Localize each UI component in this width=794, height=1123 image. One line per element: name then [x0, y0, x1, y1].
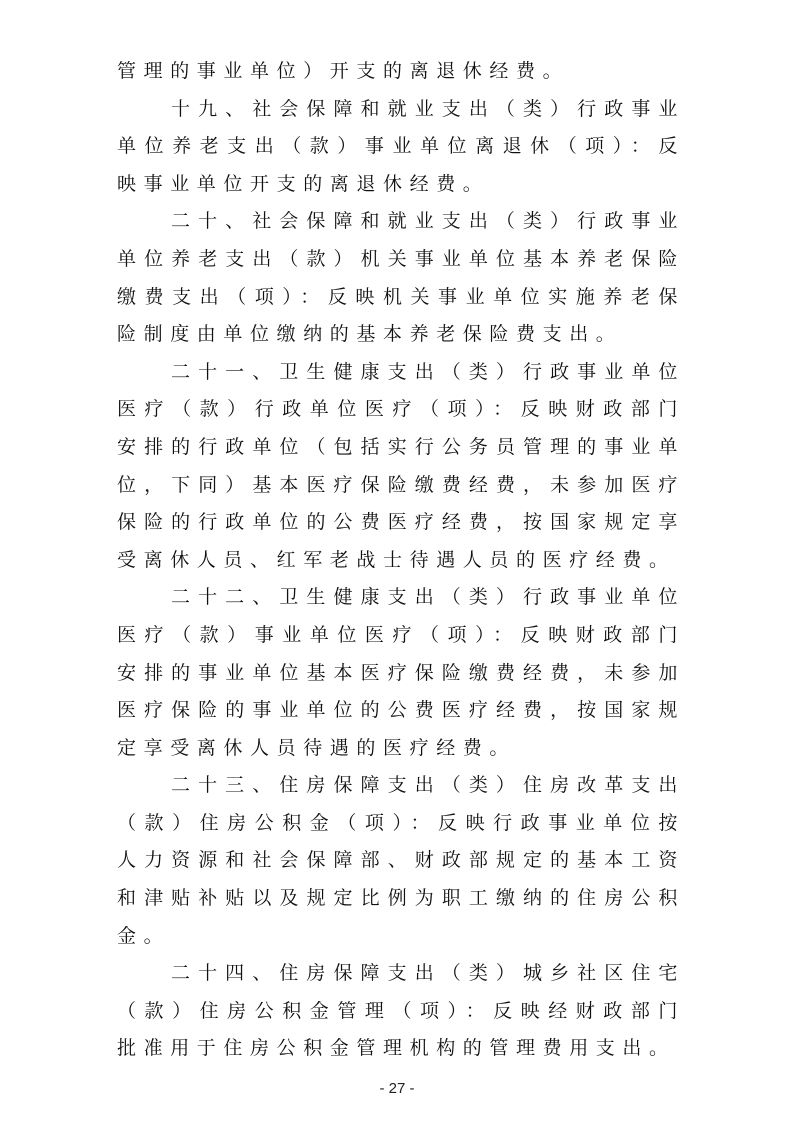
document-body: 管理的事业单位）开支的离退休经费。 十九、社会保障和就业支出（类）行政事业单位养…	[117, 53, 685, 1068]
paragraph-22-institution-medical: 二十二、卫生健康支出（类）行政事业单位医疗（款）事业单位医疗（项）：反映财政部门…	[117, 579, 685, 767]
paragraph-24-housing-fund-management: 二十四、住房保障支出（类）城乡社区住宅（款）住房公积金管理（项）：反映经财政部门…	[117, 955, 685, 1068]
paragraph-20-pension-insurance: 二十、社会保障和就业支出（类）行政事业单位养老支出（款）机关事业单位基本养老保险…	[117, 203, 685, 353]
paragraph-21-admin-medical: 二十一、卫生健康支出（类）行政事业单位医疗（款）行政单位医疗（项）：反映财政部门…	[117, 354, 685, 580]
page-number: - 27 -	[0, 1080, 794, 1097]
paragraph-continuation: 管理的事业单位）开支的离退休经费。	[117, 53, 685, 91]
paragraph-19-retirement-institutions: 十九、社会保障和就业支出（类）行政事业单位养老支出（款）事业单位离退休（项）：反…	[117, 91, 685, 204]
paragraph-23-housing-fund: 二十三、住房保障支出（类）住房改革支出（款）住房公积金（项）：反映行政事业单位按…	[117, 767, 685, 955]
